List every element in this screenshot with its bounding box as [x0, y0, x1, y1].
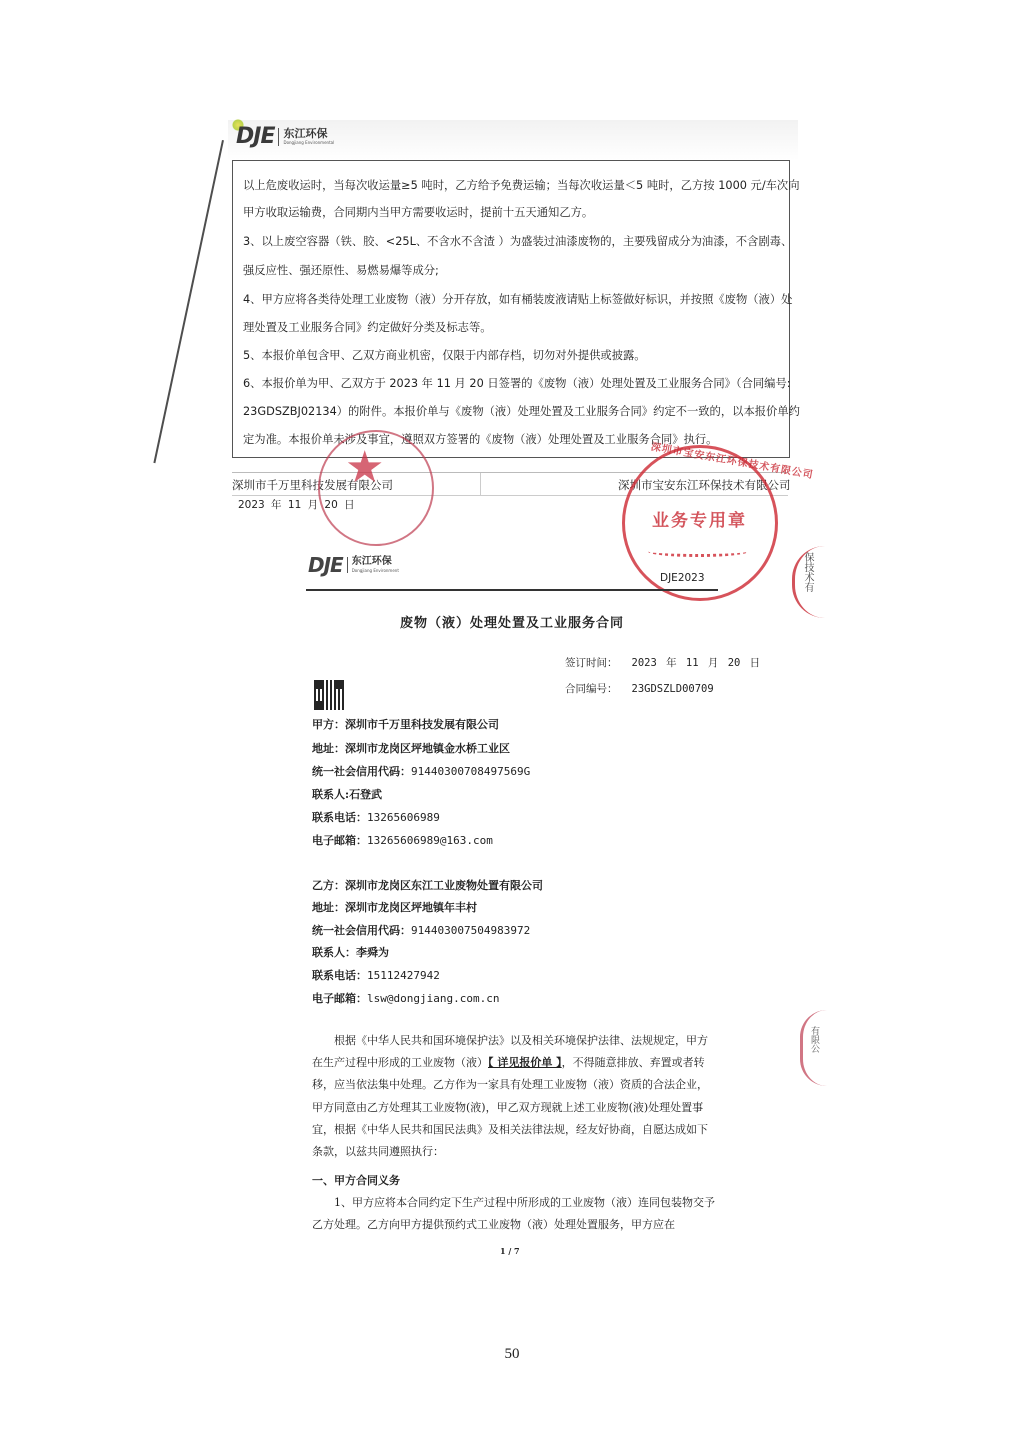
- quote-terms-box: 以上危废收运时，当每次收运量≥5 吨时，乙方给予免费运输；当每次收运量＜5 吨时…: [232, 160, 790, 458]
- logo-mark: DJE: [308, 553, 343, 577]
- scan-artifact-line: [153, 140, 224, 463]
- term-line: 5、本报价单包含甲、乙双方商业机密，仅限于内部存档，切勿对外提供或披露。: [243, 349, 646, 363]
- qr-code: [314, 680, 344, 710]
- section-heading-party-a-obligations: 一、甲方合同义务: [312, 1172, 400, 1188]
- logo-name-cn: 东江环保: [352, 557, 399, 567]
- party-a-email: 电子邮箱：13265606989@163.com: [312, 832, 493, 848]
- document-page-number: 50: [0, 1346, 1024, 1363]
- term-line: 23GDSZBJ02134）的附件。本报价单与《废物（液）处理处置及工业服务合同…: [243, 405, 800, 419]
- contract-preamble: 根据《中华人民共和国环境保护法》以及相关环境保护法律、法规规定，甲方在生产过程中…: [312, 1030, 718, 1163]
- term-line: 以上危废收运时，当每次收运量≥5 吨时，乙方给予免费运输；当每次收运量＜5 吨时…: [243, 179, 800, 193]
- logo-mark: DJE: [236, 124, 274, 149]
- seal-star-icon: ★: [345, 446, 384, 490]
- term-line: 甲方收取运输费，合同期内当甲方需要收运时，提前十五天通知乙方。: [243, 206, 593, 220]
- term-line: 4、甲方应将各类待处理工业废物（液）分开存放，如有桶装废液请贴上标签做好标识，并…: [243, 293, 792, 307]
- party-b-seal-label: 业务专用章: [652, 506, 747, 531]
- logo-name-en: Dongjiang Environmental: [283, 140, 334, 145]
- contract-title: 废物（液）处理处置及工业服务合同: [306, 612, 718, 631]
- party-a-credit-code: 统一社会信用代码：91440300708497569G: [312, 763, 530, 779]
- party-b-name: 乙方：深圳市龙岗区东江工业废物处置有限公司: [312, 877, 543, 893]
- party-a-contact: 联系人:石登武: [312, 786, 382, 802]
- party-a-name: 甲方：深圳市千万里科技发展有限公司: [312, 716, 499, 732]
- term-line: 3、以上废空容器（铁、胶、<25L、不含水不含渣 ）为盛装过油漆废物的，主要残留…: [243, 235, 792, 249]
- contract-number: 合同编号：23GDSZLD00709: [565, 681, 714, 696]
- logo-name-cn: 东江环保: [283, 128, 334, 139]
- contract-logo: DJE 东江环保 Dongjiang Environment: [308, 553, 399, 577]
- party-b-address: 地址：深圳市龙岗区坪地镇年丰村: [312, 899, 477, 915]
- party-b-phone: 联系电话：15112427942: [312, 967, 440, 983]
- quote-sheet-logo: DJE 东江环保 Dongjiang Environmental: [236, 124, 334, 149]
- term-line: 定为准。本报价单未涉及事宜，遵照双方签署的《废物（液）处理处置及工业服务合同》执…: [243, 433, 717, 447]
- party-a-address: 地址：深圳市龙岗区坪地镇金水桥工业区: [312, 740, 510, 756]
- seal-dots: [648, 546, 748, 557]
- header-rule: [306, 589, 718, 591]
- contract-page-indicator: 1 / 7: [500, 1246, 520, 1256]
- party-b-email: 电子邮箱：lsw@dongjiang.com.cn: [312, 990, 499, 1006]
- party-b-credit-code: 统一社会信用代码：914403007504983972: [312, 922, 530, 938]
- party-b-contact: 联系人：李舜为: [312, 944, 389, 960]
- clause-1: 1、甲方应将本合同约定下生产过程中所形成的工业废物（液）连同包装物交予乙方处理。…: [312, 1192, 718, 1236]
- term-line: 理处置及工业服务合同》约定做好分类及标志等。: [243, 321, 492, 335]
- edge-seal-top-text: 保技术有: [800, 552, 815, 592]
- party-a-phone: 联系电话：13265606989: [312, 809, 440, 825]
- quote-reference-link: 【 详见报价单 】: [488, 1056, 562, 1069]
- term-line: 强反应性、强还原性、易燃易爆等成分;: [243, 264, 439, 278]
- term-line: 6、本报价单为甲、乙双方于 2023 年 11 月 20 日签署的《废物（液）处…: [243, 377, 791, 391]
- logo-name-en: Dongjiang Environment: [352, 568, 399, 573]
- edge-seal-bottom-text: 有限公: [808, 1026, 821, 1053]
- sign-time: 签订时间：2023 年 11 月 20 日: [565, 655, 760, 670]
- document-code: DJE2023: [660, 572, 705, 584]
